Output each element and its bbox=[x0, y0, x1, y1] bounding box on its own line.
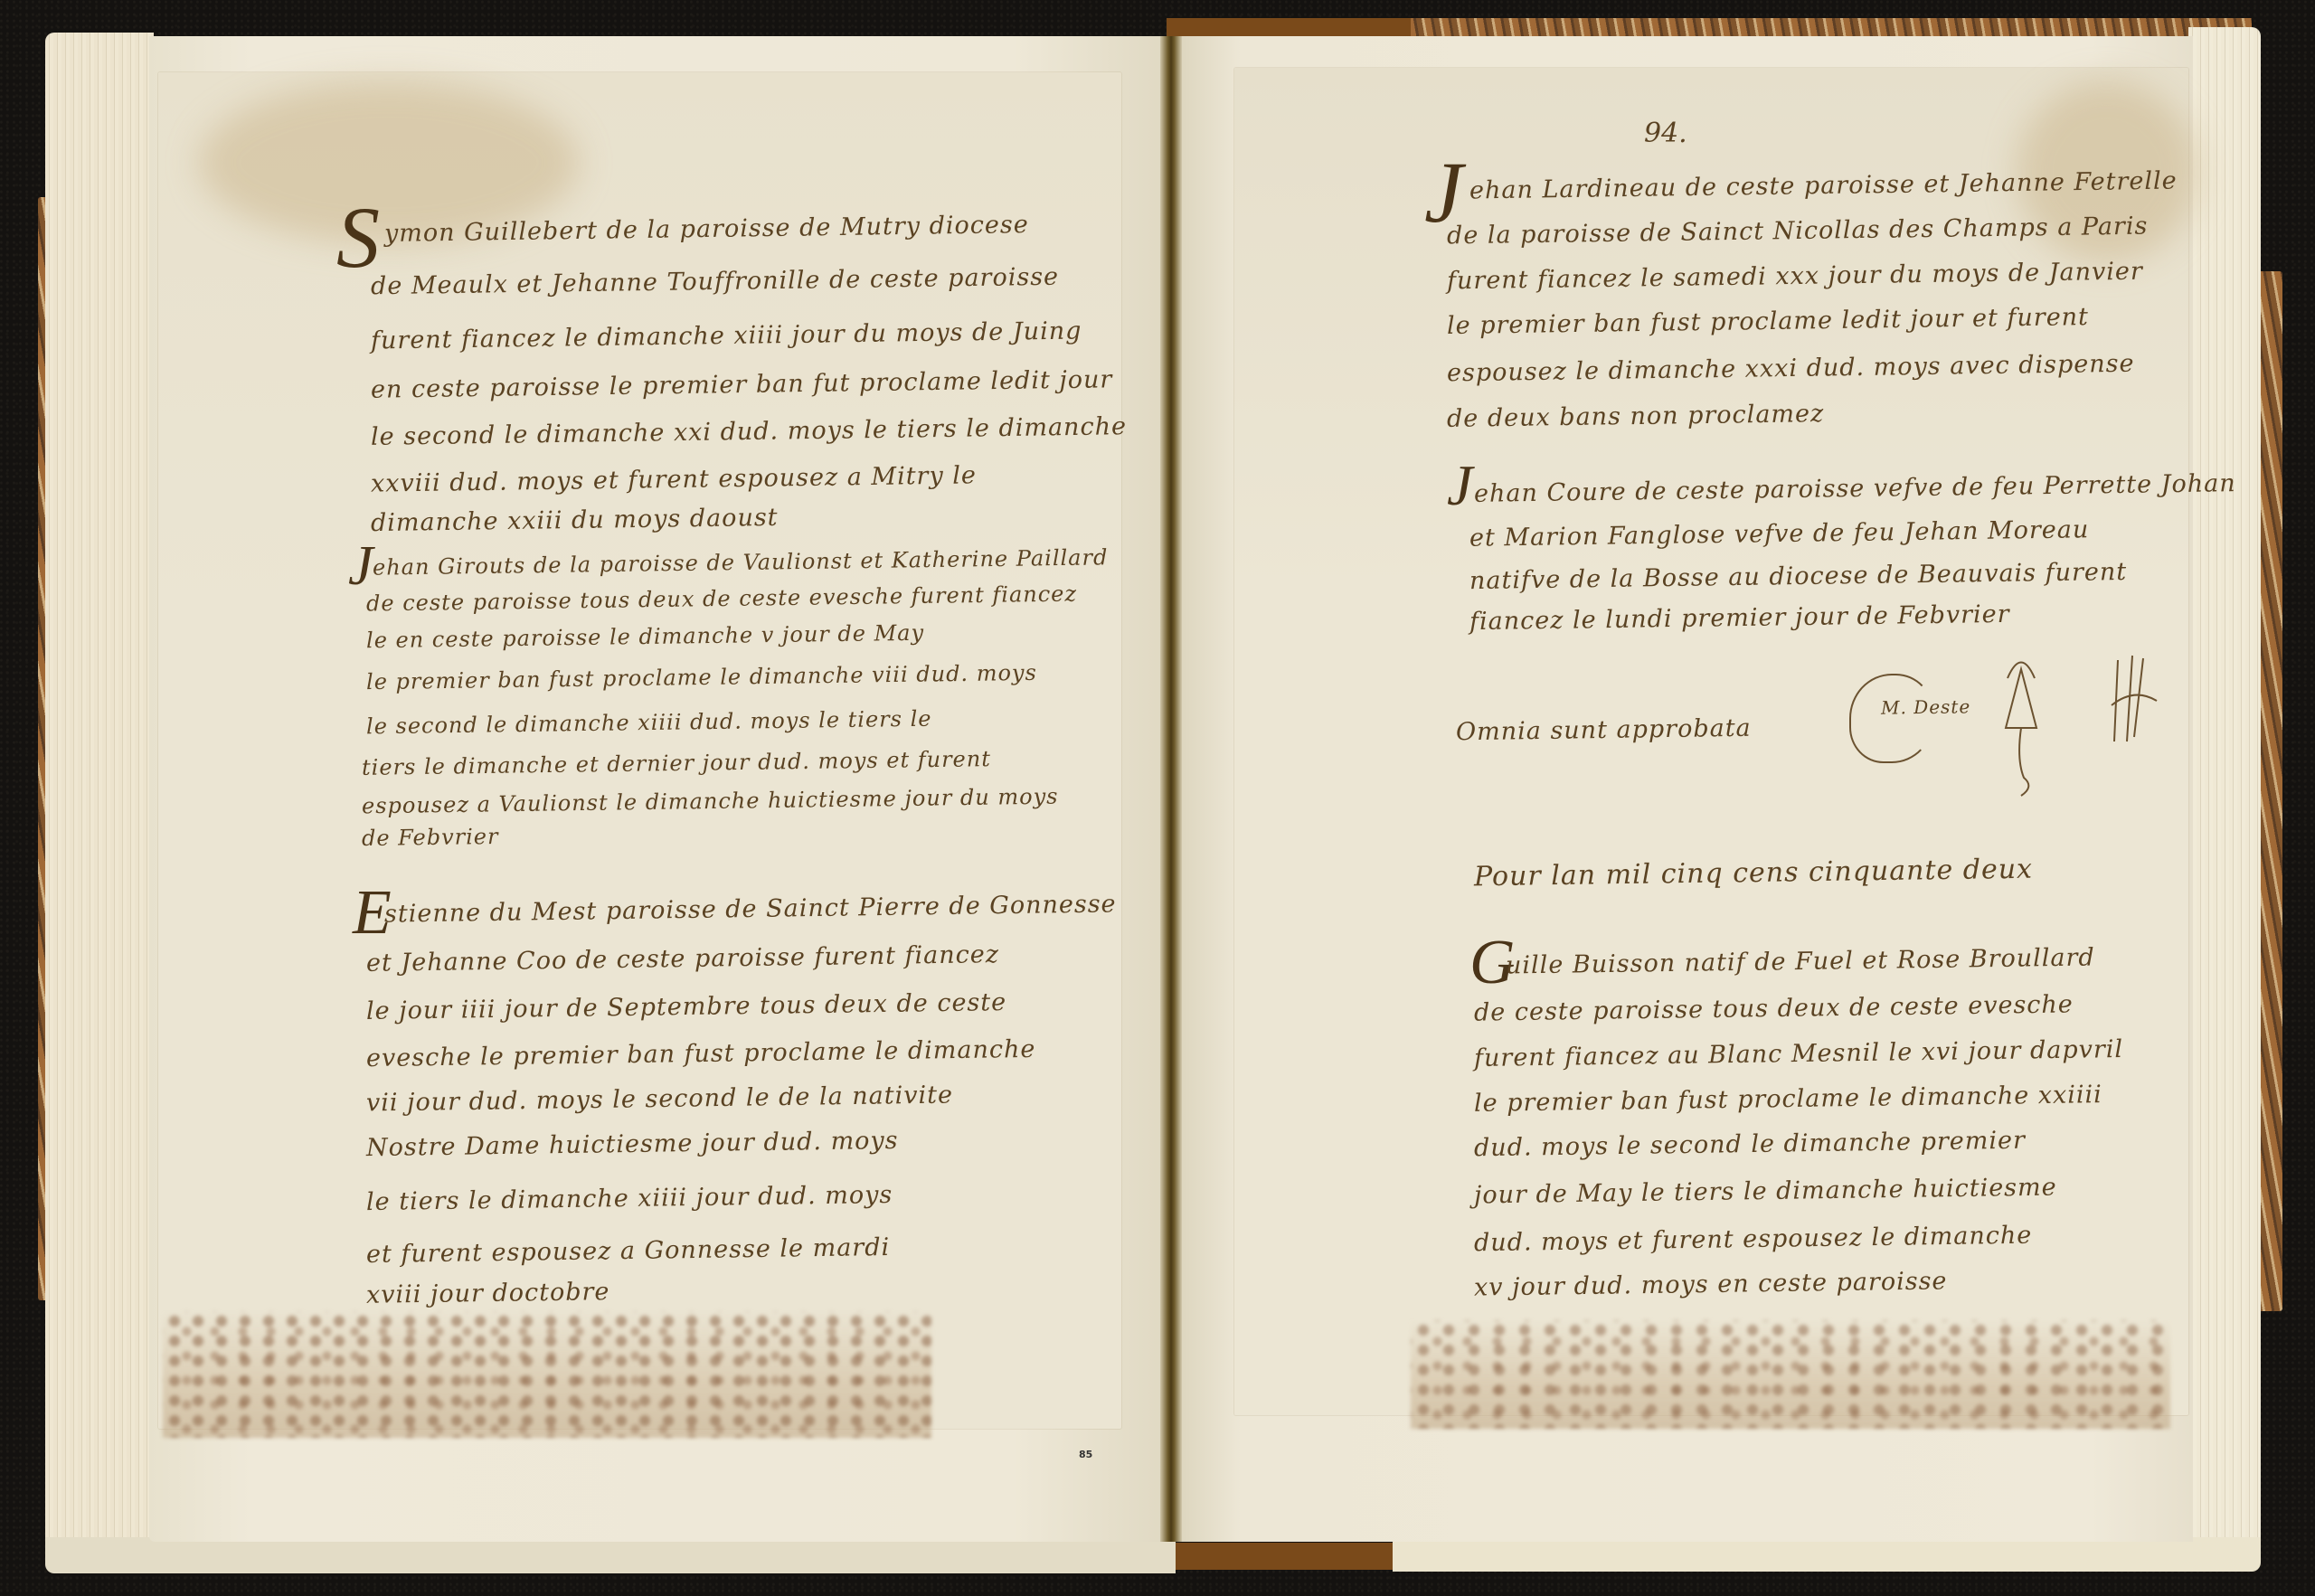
folio-number: 94. bbox=[1644, 118, 1687, 149]
foxing-stains-left bbox=[163, 1311, 931, 1438]
foxing-stains-right bbox=[1411, 1320, 2170, 1429]
ms-line: dimanche xxiii du moys daoust bbox=[371, 504, 779, 537]
initial-letter: J bbox=[1447, 457, 1472, 515]
spine-bottom bbox=[1176, 1543, 1402, 1570]
spine-top bbox=[1167, 18, 1411, 38]
page-block-right bbox=[2188, 27, 2261, 1564]
initial-letter: J bbox=[348, 538, 373, 594]
page-stamp-number: 85 bbox=[1079, 1449, 1092, 1460]
marbled-cover-edge-right bbox=[2257, 271, 2282, 1311]
ms-line: de deux bans non proclamez bbox=[1447, 400, 1825, 433]
ms-line: de Febvrier bbox=[362, 824, 499, 851]
page-block-left bbox=[45, 33, 154, 1570]
approval-note: Omnia sunt approbata bbox=[1456, 714, 1752, 747]
book-gutter bbox=[1160, 36, 1182, 1542]
page-block-bottom-right bbox=[1393, 1537, 2261, 1572]
page-block-bottom-left bbox=[45, 1537, 1176, 1573]
ms-line: xviii jour doctobre bbox=[366, 1278, 610, 1309]
signature-text: M. Deste bbox=[1881, 695, 1971, 718]
initial-letter: S bbox=[336, 194, 380, 281]
notarial-mark-icon bbox=[1998, 651, 2044, 741]
paraph-icon bbox=[2107, 651, 2152, 741]
marbled-cover-top bbox=[1402, 18, 2252, 36]
